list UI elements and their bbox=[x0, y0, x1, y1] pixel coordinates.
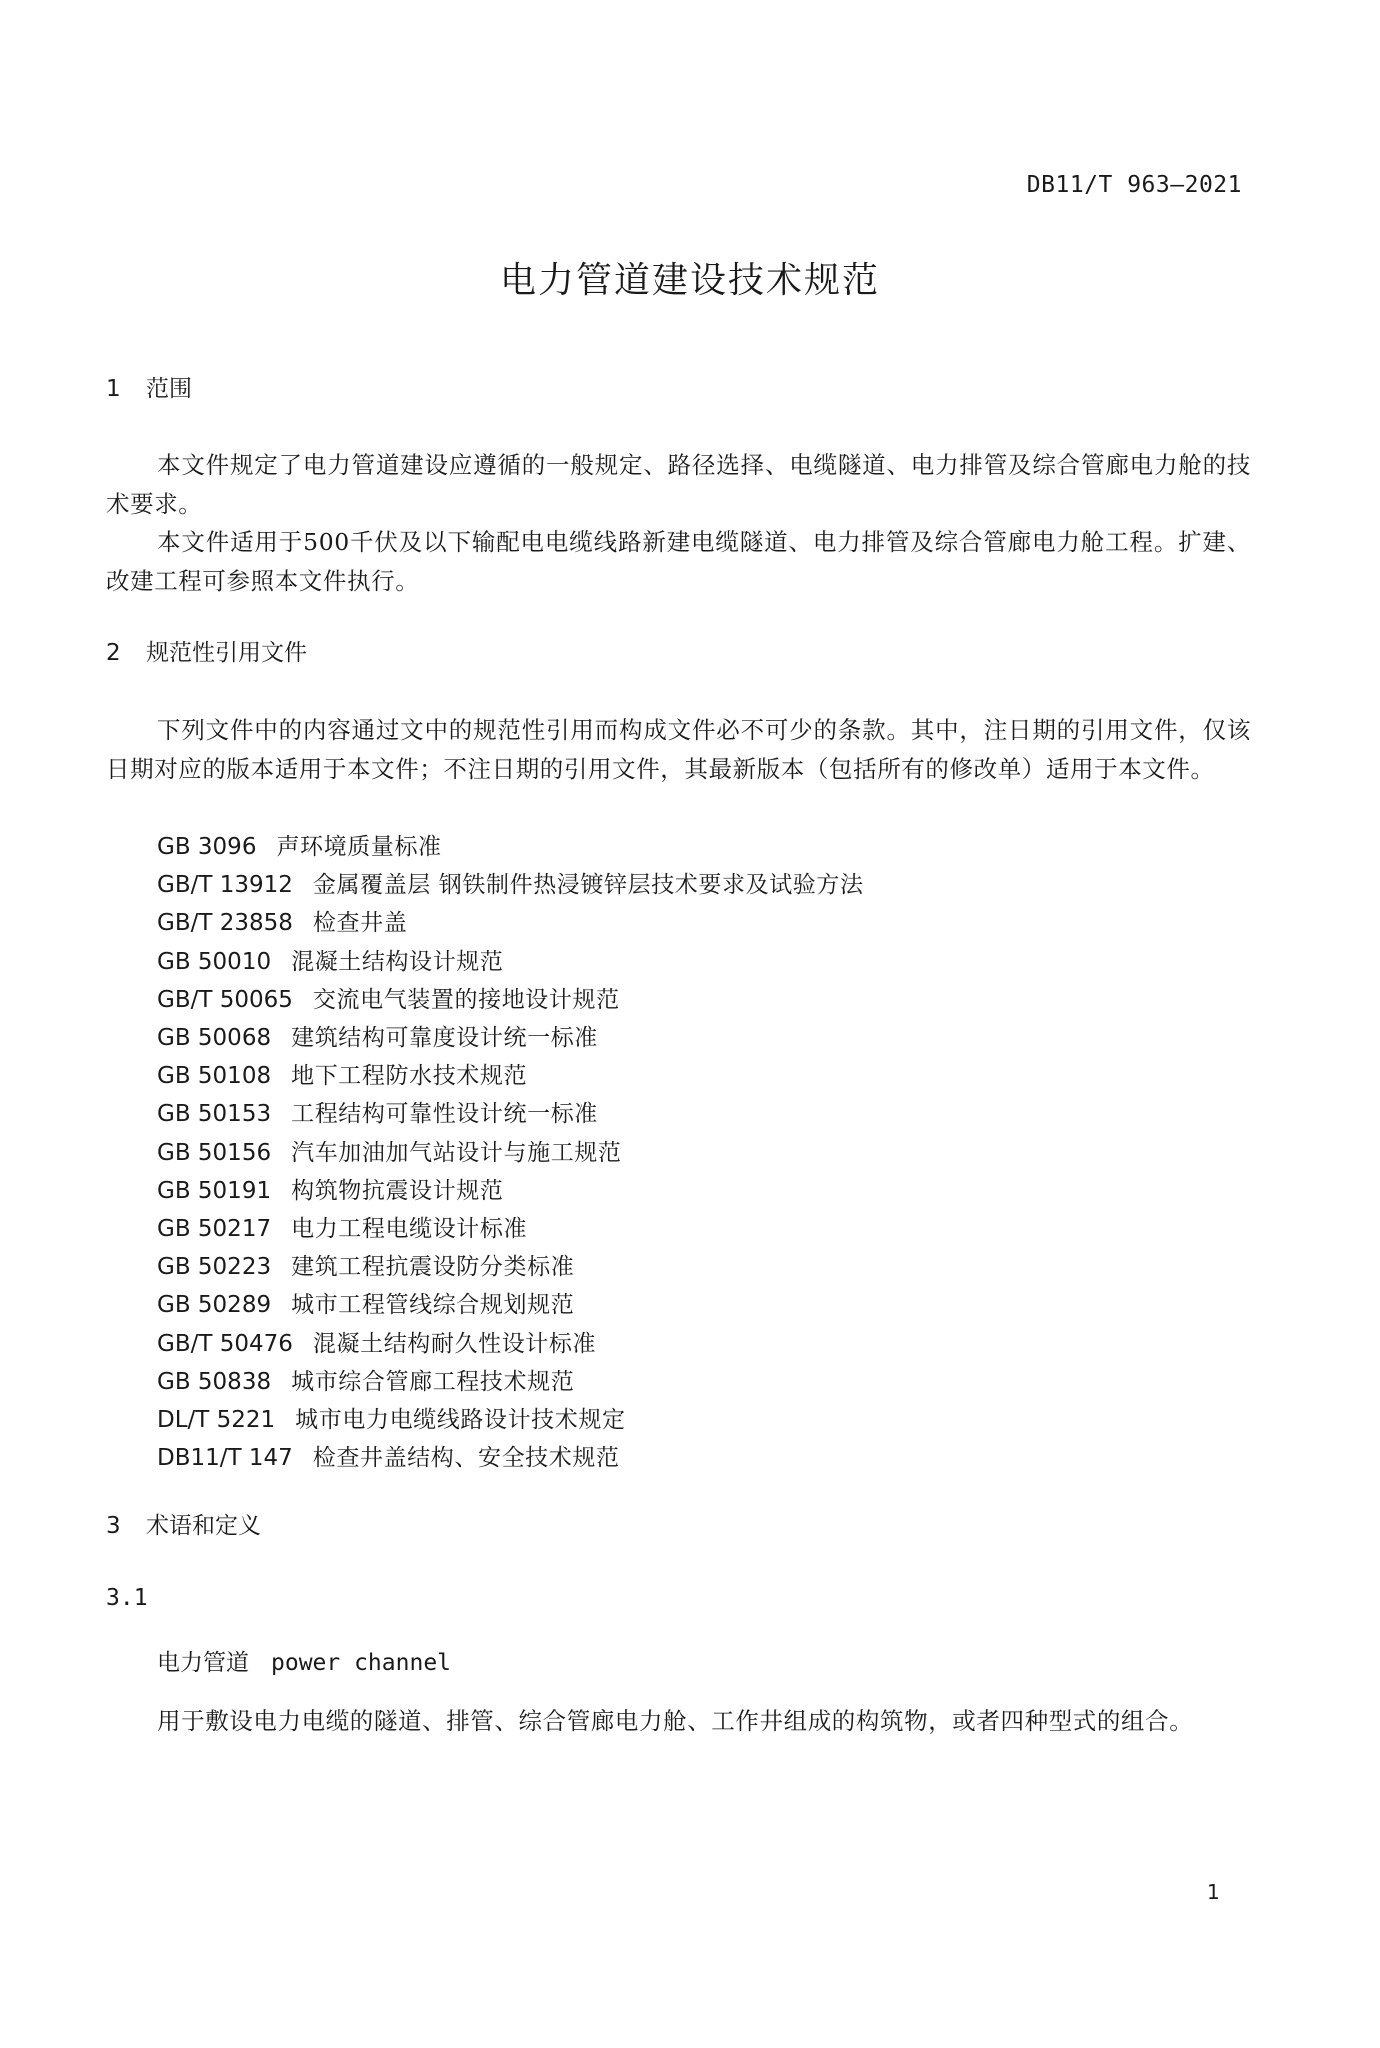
reference-title: 混凝土结构耐久性设计标准 bbox=[313, 1325, 596, 1363]
term-english: power channel bbox=[271, 1650, 451, 1676]
reference-title: 混凝土结构设计规范 bbox=[291, 943, 503, 981]
section-title: 术语和定义 bbox=[146, 1513, 261, 1539]
clause-number: 3.1 bbox=[106, 1585, 148, 1611]
reference-code: DL/T 5221 bbox=[157, 1401, 275, 1439]
reference-item: GB 50223建筑工程抗震设防分类标准 bbox=[157, 1248, 864, 1286]
section-2-body: 下列文件中的内容通过文中的规范性引用而构成文件必不可少的条款。其中，注日期的引用… bbox=[106, 711, 1251, 788]
reference-title: 汽车加油加气站设计与施工规范 bbox=[291, 1134, 621, 1172]
reference-code: GB/T 50476 bbox=[157, 1325, 293, 1363]
reference-code: GB 3096 bbox=[157, 828, 256, 866]
reference-title: 构筑物抗震设计规范 bbox=[291, 1172, 503, 1210]
section-number: 3 bbox=[106, 1513, 146, 1539]
reference-title: 城市电力电缆线路设计技术规定 bbox=[295, 1401, 625, 1439]
reference-list: GB 3096声环境质量标准 GB/T 13912金属覆盖层 钢铁制件热浸镀锌层… bbox=[157, 828, 864, 1477]
reference-title: 城市工程管线综合规划规范 bbox=[291, 1286, 574, 1324]
standard-code: DB11/T 963—2021 bbox=[1027, 172, 1242, 198]
reference-code: GB 50191 bbox=[157, 1172, 271, 1210]
reference-title: 地下工程防水技术规范 bbox=[291, 1057, 527, 1095]
page-number: 1 bbox=[1207, 1880, 1220, 1904]
reference-title: 电力工程电缆设计标准 bbox=[291, 1210, 527, 1248]
document-title: 电力管道建设技术规范 bbox=[0, 252, 1380, 303]
reference-item: GB 50156汽车加油加气站设计与施工规范 bbox=[157, 1134, 864, 1172]
term-entry: 电力管道power channel bbox=[157, 1644, 451, 1677]
reference-code: GB/T 23858 bbox=[157, 904, 293, 942]
reference-item: GB/T 50476混凝土结构耐久性设计标准 bbox=[157, 1325, 864, 1363]
term-definition: 用于敷设电力电缆的隧道、排管、综合管廊电力舱、工作井组成的构筑物，或者四种型式的… bbox=[157, 1702, 1193, 1736]
term-chinese: 电力管道 bbox=[157, 1650, 249, 1676]
reference-title: 声环境质量标准 bbox=[276, 828, 441, 866]
reference-title: 工程结构可靠性设计统一标准 bbox=[291, 1095, 598, 1133]
reference-code: DB11/T 147 bbox=[157, 1439, 293, 1477]
reference-item: DL/T 5221城市电力电缆线路设计技术规定 bbox=[157, 1401, 864, 1439]
section-heading-2: 2规范性引用文件 bbox=[106, 634, 307, 667]
section-number: 1 bbox=[106, 376, 146, 402]
reference-item: GB 50838城市综合管廊工程技术规范 bbox=[157, 1363, 864, 1401]
section-number: 2 bbox=[106, 640, 146, 666]
section-heading-1: 1范围 bbox=[106, 370, 192, 403]
section-heading-3: 3术语和定义 bbox=[106, 1507, 261, 1540]
reference-code: GB 50068 bbox=[157, 1019, 271, 1057]
reference-code: GB 50108 bbox=[157, 1057, 271, 1095]
reference-code: GB 50289 bbox=[157, 1286, 271, 1324]
reference-title: 交流电气装置的接地设计规范 bbox=[313, 981, 620, 1019]
reference-item: GB 50217电力工程电缆设计标准 bbox=[157, 1210, 864, 1248]
reference-code: GB 50838 bbox=[157, 1363, 271, 1401]
paragraph: 本文件适用于500千伏及以下输配电电缆线路新建电缆隧道、电力排管及综合管廊电力舱… bbox=[106, 523, 1251, 600]
reference-item: GB 50108地下工程防水技术规范 bbox=[157, 1057, 864, 1095]
reference-item: GB 50191构筑物抗震设计规范 bbox=[157, 1172, 864, 1210]
section-title: 规范性引用文件 bbox=[146, 640, 307, 666]
reference-title: 检查井盖 bbox=[313, 904, 407, 942]
reference-item: GB/T 13912金属覆盖层 钢铁制件热浸镀锌层技术要求及试验方法 bbox=[157, 866, 864, 904]
reference-title: 建筑工程抗震设防分类标准 bbox=[291, 1248, 574, 1286]
reference-title: 检查井盖结构、安全技术规范 bbox=[313, 1439, 620, 1477]
reference-title: 建筑结构可靠度设计统一标准 bbox=[291, 1019, 598, 1057]
paragraph: 下列文件中的内容通过文中的规范性引用而构成文件必不可少的条款。其中，注日期的引用… bbox=[106, 711, 1251, 788]
reference-code: GB 50010 bbox=[157, 943, 271, 981]
reference-code: GB 50153 bbox=[157, 1095, 271, 1133]
reference-title: 金属覆盖层 钢铁制件热浸镀锌层技术要求及试验方法 bbox=[313, 866, 864, 904]
reference-code: GB 50156 bbox=[157, 1134, 271, 1172]
paragraph: 本文件规定了电力管道建设应遵循的一般规定、路径选择、电缆隧道、电力排管及综合管廊… bbox=[106, 446, 1251, 523]
reference-title: 城市综合管廊工程技术规范 bbox=[291, 1363, 574, 1401]
reference-item: DB11/T 147检查井盖结构、安全技术规范 bbox=[157, 1439, 864, 1477]
reference-code: GB/T 50065 bbox=[157, 981, 293, 1019]
reference-code: GB 50223 bbox=[157, 1248, 271, 1286]
reference-item: GB/T 23858检查井盖 bbox=[157, 904, 864, 942]
reference-code: GB 50217 bbox=[157, 1210, 271, 1248]
reference-item: GB 50153工程结构可靠性设计统一标准 bbox=[157, 1095, 864, 1133]
reference-item: GB 50289城市工程管线综合规划规范 bbox=[157, 1286, 864, 1324]
reference-item: GB/T 50065交流电气装置的接地设计规范 bbox=[157, 981, 864, 1019]
section-title: 范围 bbox=[146, 376, 192, 402]
reference-item: GB 50068建筑结构可靠度设计统一标准 bbox=[157, 1019, 864, 1057]
reference-item: GB 3096声环境质量标准 bbox=[157, 828, 864, 866]
reference-item: GB 50010混凝土结构设计规范 bbox=[157, 943, 864, 981]
reference-code: GB/T 13912 bbox=[157, 866, 293, 904]
section-1-body: 本文件规定了电力管道建设应遵循的一般规定、路径选择、电缆隧道、电力排管及综合管廊… bbox=[106, 446, 1251, 600]
